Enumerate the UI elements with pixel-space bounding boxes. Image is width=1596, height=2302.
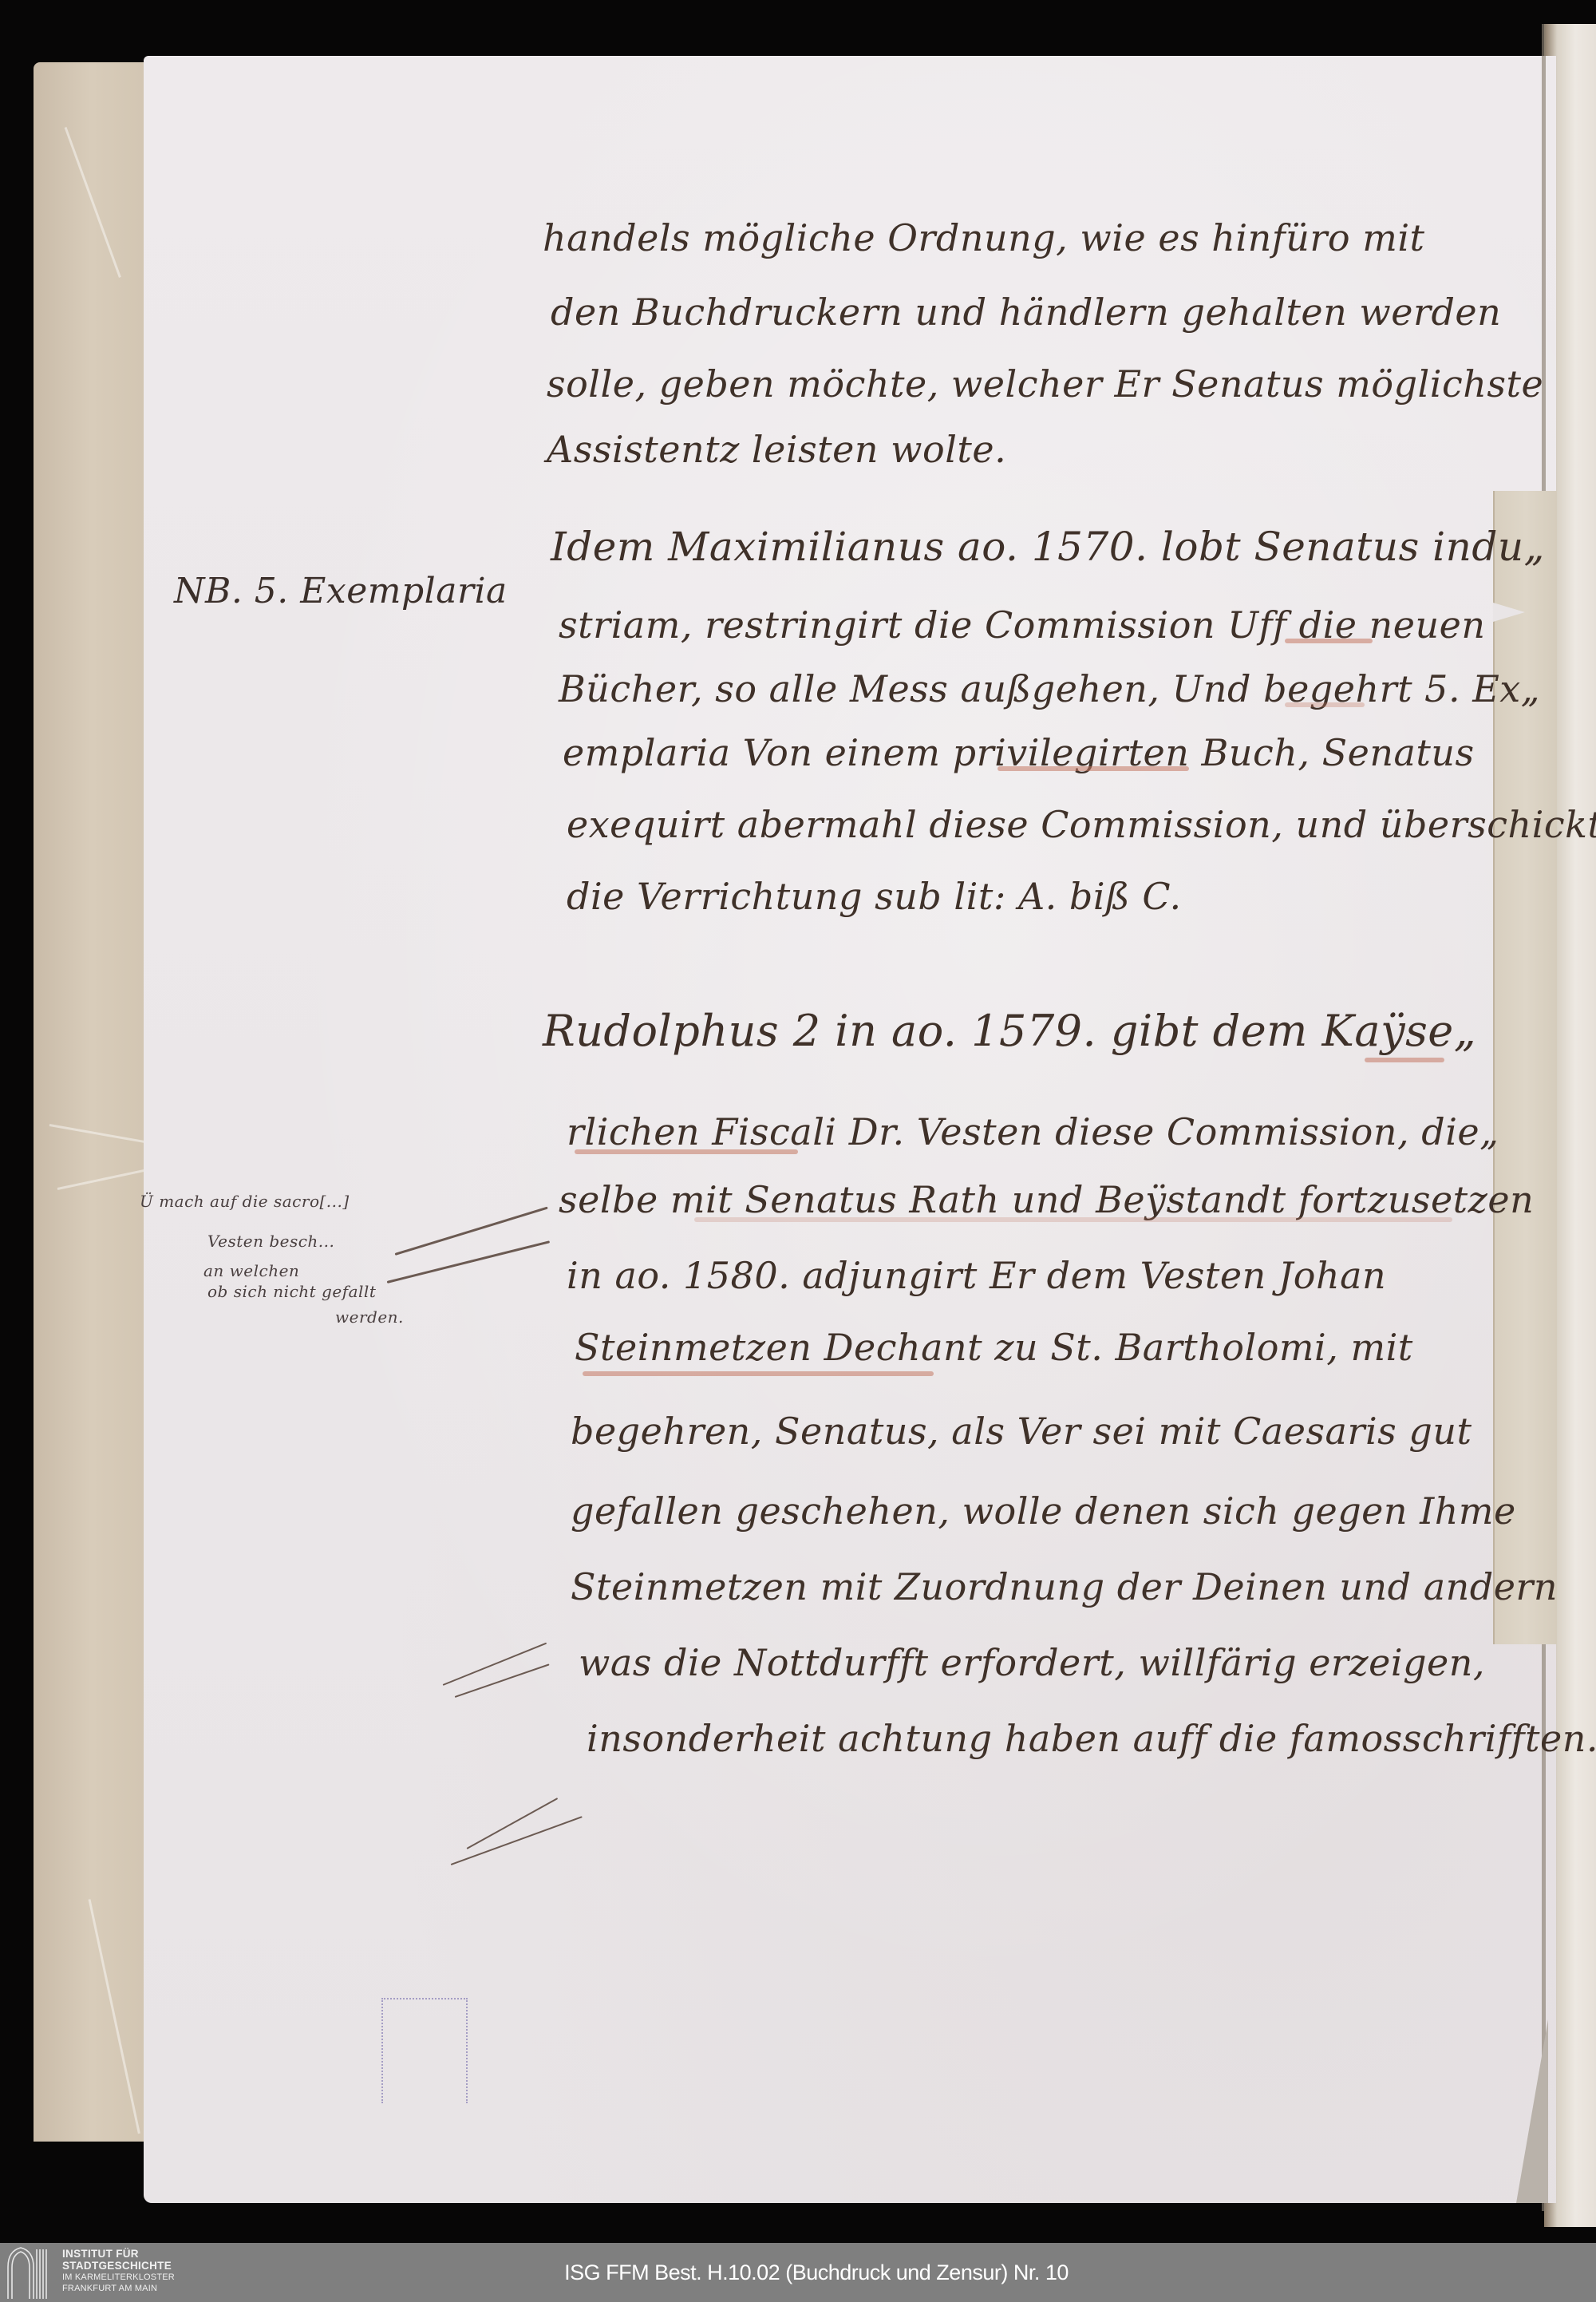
text-line: gefallen geschehen, wolle denen sich geg… [571,1493,1516,1529]
text-line: exequirt abermahl diese Commission, und … [567,806,1596,843]
folded-corner [1516,2019,1548,2203]
slip-notch [1493,603,1525,622]
text-line: Steinmetzen Dechant zu St. Bartholomi, m… [575,1329,1413,1366]
red-underline [575,1149,798,1154]
red-underline [997,766,1189,771]
text-line: was die Nottdurfft erfordert, willfärig … [579,1644,1485,1681]
text-line: in ao. 1580. adjungirt Er dem Vesten Joh… [567,1257,1386,1294]
crease [89,1899,140,2134]
crease [57,1168,152,1190]
red-underline [1285,702,1365,707]
text-line: rlichen Fiscali Dr. Vesten diese Commiss… [567,1113,1499,1150]
text-line: Idem Maximilianus ao. 1570. lobt Senatus… [551,527,1545,567]
margin-note-line: an welchen [203,1263,299,1279]
text-line: Steinmetzen mit Zuordnung der Deinen und… [571,1568,1558,1605]
margin-note-line: werden. [335,1309,404,1325]
institution-line: INSTITUT FÜR [62,2248,175,2260]
text-line: den Buchdruckern und händlern gehalten w… [551,294,1501,330]
archive-footer-bar: INSTITUT FÜR STADTGESCHICHTE IM KARMELIT… [0,2243,1596,2302]
red-underline [1285,639,1373,643]
margin-note-line: Vesten besch... [207,1233,334,1249]
red-underline [583,1371,934,1376]
red-underline [694,1217,1452,1222]
margin-note-line: Ü mach auf die sacro[...] [140,1193,350,1209]
text-line: Assistentz leisten wolte. [547,431,1006,468]
margin-note-nb: NB. 5. Exemplaria [174,571,508,611]
text-line: die Verrichtung sub lit: A. biß C. [567,878,1182,915]
red-underline [1365,1058,1444,1062]
text-line: handels mögliche Ordnung, wie es hinfüro… [543,220,1425,256]
manuscript-scan: handels mögliche Ordnung, wie es hinfüro… [0,0,1596,2243]
crease [49,1124,152,1145]
archive-signature-caption: ISG FFM Best. H.10.02 (Buchdruck und Zen… [0,2260,1596,2285]
margin-note-line: ob sich nicht gefallt [207,1284,376,1299]
crease [65,127,121,278]
text-line: Bücher, so alle Mess außgehen, Und begeh… [559,670,1540,707]
faint-stamp-outline [381,1998,468,2103]
text-line: selbe mit Senatus Rath und Beÿstandt for… [559,1181,1534,1218]
text-line: begehren, Senatus, als Ver sei mit Caesa… [571,1413,1472,1450]
text-line: Rudolphus 2 in ao. 1579. gibt dem Kaÿse„ [543,1010,1476,1053]
text-line: insonderheit achtung haben auff die famo… [587,1720,1596,1757]
pasted-slip [1493,491,1557,1644]
text-line: solle, geben möchte, welcher Er Senatus … [547,366,1543,402]
